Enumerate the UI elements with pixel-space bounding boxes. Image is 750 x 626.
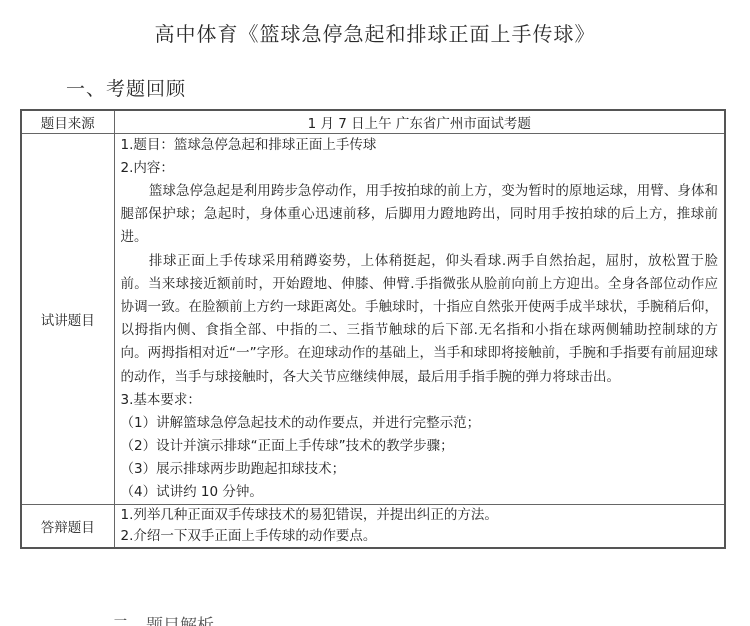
table-row-lecture: 试讲题目 1.题目：篮球急停急起和排球正面上手传球 2.内容： 篮球急停急起是利… (21, 134, 725, 505)
source-value: 1 月 7 日上午 广东省广州市面试考题 (114, 110, 725, 134)
content-heading: 2.内容： (121, 157, 719, 180)
source-label: 题目来源 (21, 110, 114, 134)
content-paragraph-basketball: 篮球急停急起是利用跨步急停动作，用手按拍球的前上方，变为暂时的原地运球，用臂、身… (121, 180, 719, 250)
document-title: 高中体育《篮球急停急起和排球正面上手传球》 (0, 18, 750, 47)
requirement-item: （4）试讲约 10 分钟。 (121, 481, 719, 504)
exam-table: 题目来源 1 月 7 日上午 广东省广州市面试考题 试讲题目 1.题目：篮球急停… (20, 109, 726, 549)
table-row-defense: 答辩题目 1.列举几种正面双手传球技术的易犯错误，并提出纠正的方法。 2.介绍一… (21, 504, 725, 548)
content-paragraph-volleyball: 排球正面上手传球采用稍蹲姿势，上体稍挺起，仰头看球.两手自然抬起，屈肘，放松置于… (121, 250, 719, 389)
defense-content: 1.列举几种正面双手传球技术的易犯错误，并提出纠正的方法。 2.介绍一下双手正面… (114, 504, 725, 548)
lecture-content: 1.题目：篮球急停急起和排球正面上手传球 2.内容： 篮球急停急起是利用跨步急停… (114, 134, 725, 505)
defense-question: 1.列举几种正面双手传球技术的易犯错误，并提出纠正的方法。 (121, 505, 719, 526)
requirement-item: （2）设计并演示排球“正面上手传球”技术的教学步骤； (121, 435, 719, 458)
lecture-label: 试讲题目 (21, 134, 114, 505)
section-heading-analysis-partial: 二、题目解析 (112, 614, 214, 626)
requirements-heading: 3.基本要求： (121, 389, 719, 412)
lecture-topic: 1.题目：篮球急停急起和排球正面上手传球 (121, 134, 719, 157)
defense-label: 答辩题目 (21, 504, 114, 548)
section-heading-exam-review: 一、考题回顾 (66, 74, 186, 101)
requirement-item: （1）讲解篮球急停急起技术的动作要点，并进行完整示范； (121, 412, 719, 435)
defense-question: 2.介绍一下双手正面上手传球的动作要点。 (121, 526, 719, 547)
requirement-item: （3）展示排球两步助跑起扣球技术； (121, 458, 719, 481)
table-row-source: 题目来源 1 月 7 日上午 广东省广州市面试考题 (21, 110, 725, 134)
